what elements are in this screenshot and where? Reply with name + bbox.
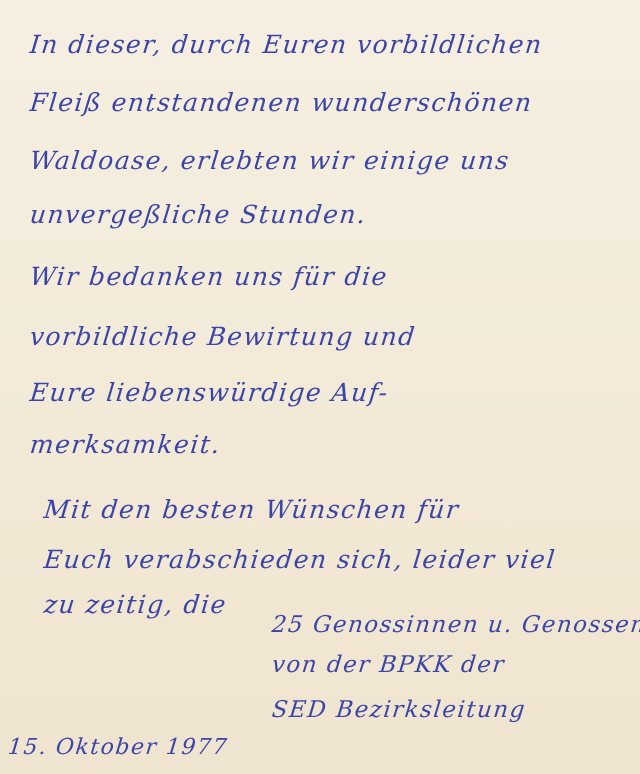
signature-line: 25 Genossinnen u. Genossen [271, 612, 640, 638]
letter-line: Wir bedanken uns für die [28, 262, 389, 291]
letter-line: Mit den besten Wünschen für [42, 495, 460, 524]
letter-line: zu zeitig, die [42, 590, 228, 619]
letter-line: Euch verabschieden sich, leider viel [42, 545, 557, 574]
letter-line: merksamkeit. [28, 430, 222, 459]
letter-line: Eure liebenswürdige Auf- [28, 378, 390, 407]
letter-date: 15. Oktober 1977 [7, 735, 230, 760]
letter-line: Waldoase, erlebten wir einige uns [28, 146, 511, 175]
signature-line: SED Bezirksleitung [271, 697, 528, 723]
signature-line: von der BPKK der [271, 652, 507, 678]
letter-line: vorbildliche Bewirtung und [28, 322, 417, 351]
letter-line: unvergeßliche Stunden. [28, 200, 368, 229]
letter-line: Fleiß entstandenen wunderschönen [28, 88, 534, 117]
letter-line: In dieser, durch Euren vorbildlichen [28, 30, 544, 59]
